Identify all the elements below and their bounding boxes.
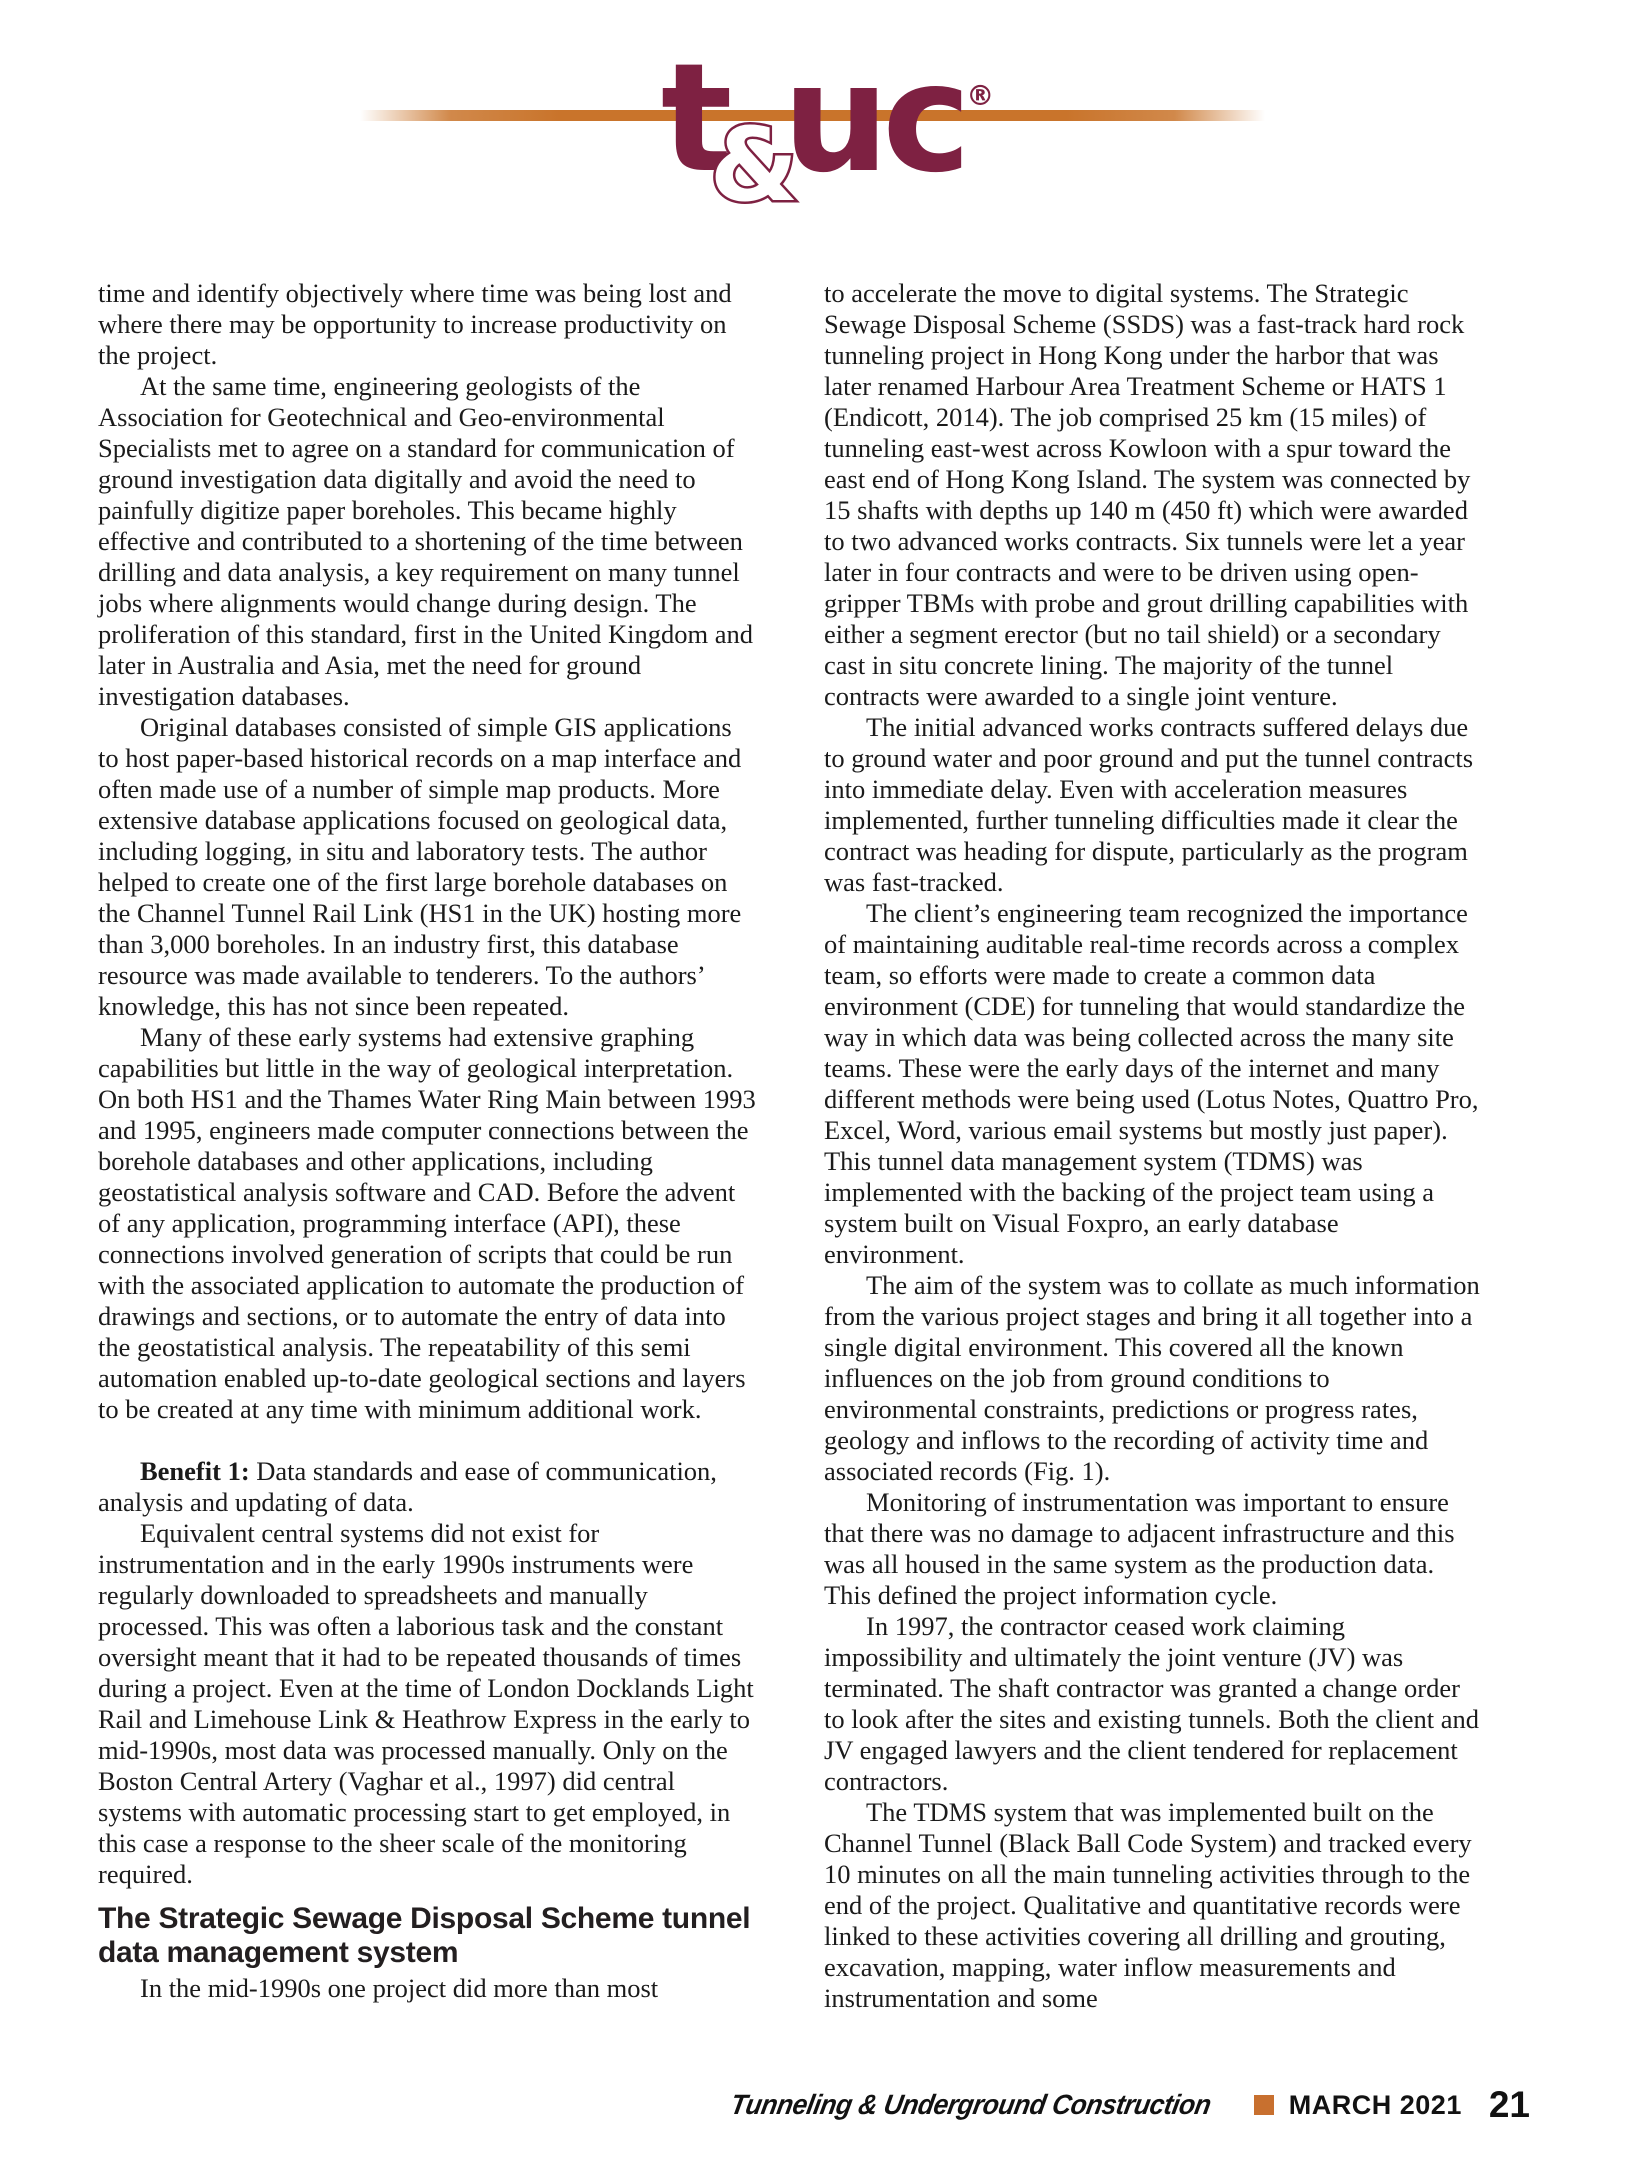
paragraph: Benefit 1: Data standards and ease of co… <box>98 1456 758 1518</box>
paragraph: The initial advanced works contracts suf… <box>824 712 1484 898</box>
benefit-lead: Benefit 1: <box>140 1456 250 1486</box>
logo-letters-uc: uc <box>782 32 964 206</box>
paragraph: to accelerate the move to digital system… <box>824 278 1484 712</box>
masthead: t&uc ® <box>0 30 1625 200</box>
right-column: to accelerate the move to digital system… <box>824 278 1484 2014</box>
page-footer: Tunneling & Underground Construction MAR… <box>728 2084 1530 2126</box>
paragraph: In 1997, the contractor ceased work clai… <box>824 1611 1484 1797</box>
magazine-name: Tunneling & Underground Construction <box>728 2089 1213 2121</box>
left-column: time and identify objectively where time… <box>98 278 758 2004</box>
paragraph: In the mid-1990s one project did more th… <box>98 1973 758 2004</box>
issue-date: MARCH 2021 <box>1289 2090 1462 2121</box>
paragraph: time and identify objectively where time… <box>98 278 758 371</box>
page-number: 21 <box>1489 2084 1530 2126</box>
paragraph: At the same time, engineering geologists… <box>98 371 758 712</box>
paragraph: Equivalent central systems did not exist… <box>98 1518 758 1890</box>
registered-trademark-icon: ® <box>966 82 994 110</box>
logo-ampersand-icon: & <box>710 115 799 217</box>
magazine-page: t&uc ® time and identify objectively whe… <box>0 0 1625 2175</box>
section-heading: The Strategic Sewage Disposal Scheme tun… <box>98 1902 758 1970</box>
paragraph: Many of these early systems had extensiv… <box>98 1022 758 1425</box>
paragraph: Original databases consisted of simple G… <box>98 712 758 1022</box>
footer-square-icon <box>1254 2095 1274 2115</box>
paragraph: The TDMS system that was implemented bui… <box>824 1797 1484 2014</box>
paragraph: The aim of the system was to collate as … <box>824 1270 1484 1487</box>
tuc-logo: t&uc ® <box>661 44 964 194</box>
paragraph: The client’s engineering team recognized… <box>824 898 1484 1270</box>
paragraph-gap <box>98 1425 758 1456</box>
paragraph: Monitoring of instrumentation was import… <box>824 1487 1484 1611</box>
